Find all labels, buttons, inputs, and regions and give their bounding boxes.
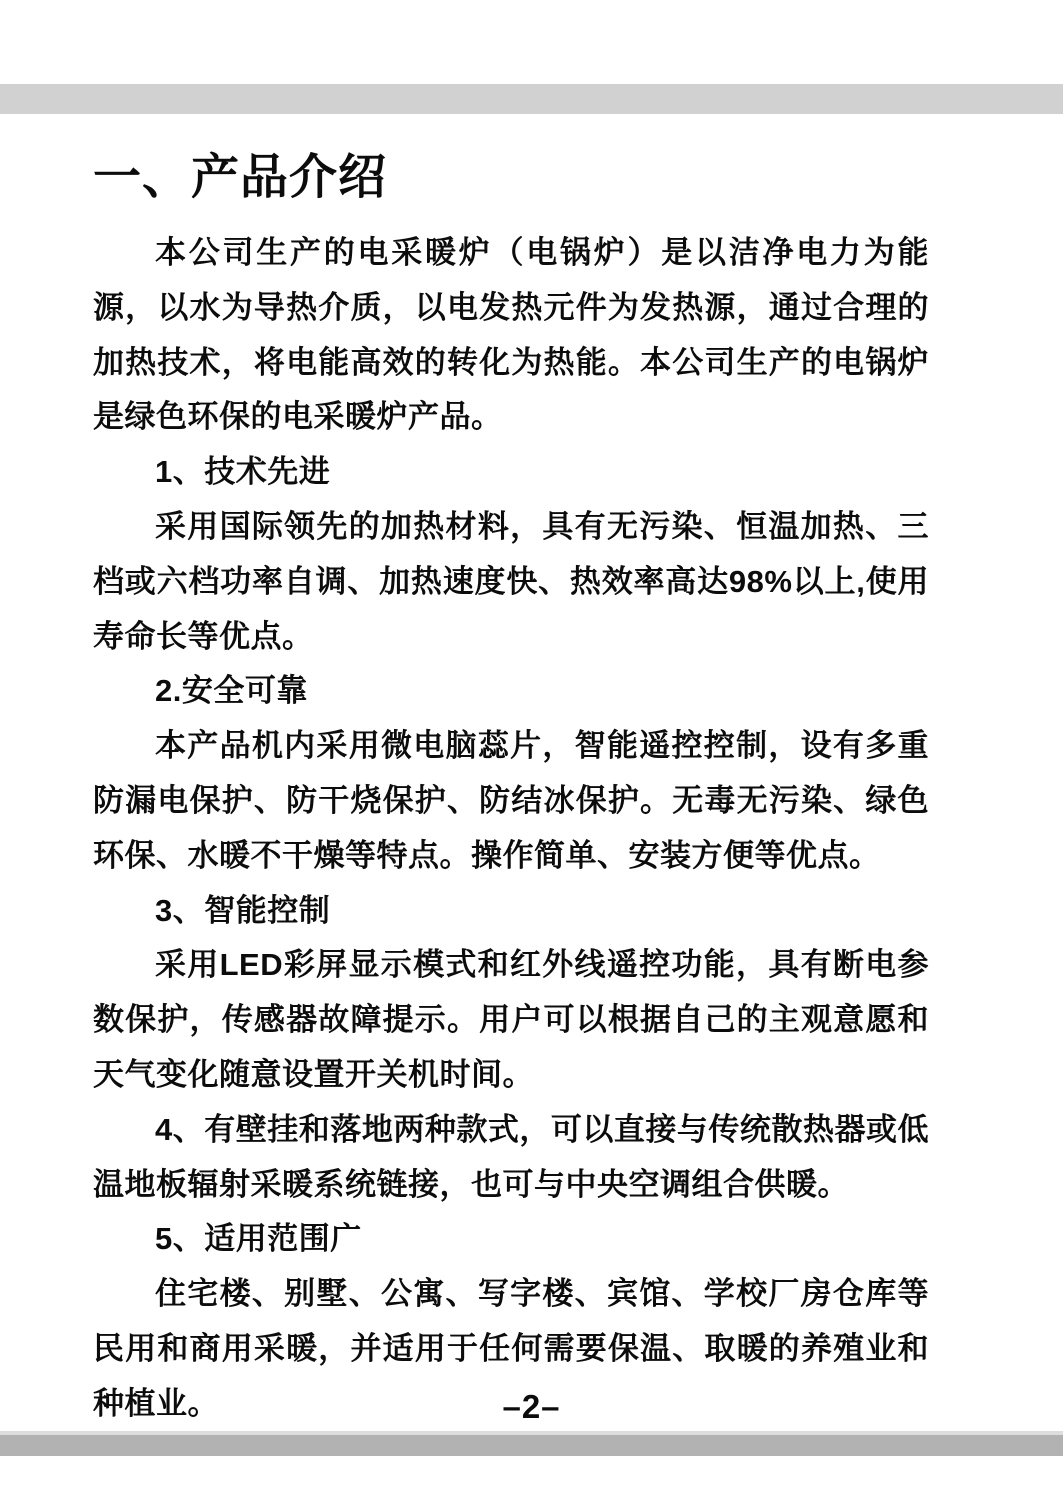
section-2-paragraph: 本产品机内采用微电脑蕊片，智能遥控控制，设有多重防漏电保护、防干烧保护、防结冰保… [93, 719, 929, 883]
page-number: –2– [0, 1388, 1063, 1426]
section-5-heading: 5、适用范围广 [93, 1212, 929, 1267]
section-2-heading: 2.安全可靠 [93, 664, 929, 719]
section-1-paragraph: 采用国际领先的加热材料，具有无污染、恒温加热、三档或六档功率自调、加热速度快、热… [93, 500, 929, 664]
page-title: 一、产品介绍 [93, 146, 929, 210]
intro-paragraph: 本公司生产的电采暖炉（电锅炉）是以洁净电力为能源，以水为导热介质，以电发热元件为… [93, 226, 929, 445]
section-3-heading: 3、智能控制 [93, 884, 929, 939]
top-divider-bar [0, 84, 1063, 114]
section-3-paragraph: 采用LED彩屏显示模式和红外线遥控功能，具有断电参数保护，传感器故障提示。用户可… [93, 938, 929, 1102]
section-4-paragraph: 4、有壁挂和落地两种款式，可以直接与传统散热器或低温地板辐射采暖系统链接，也可与… [93, 1103, 929, 1213]
bottom-divider-bar [0, 1435, 1063, 1456]
section-1-heading: 1、技术先进 [93, 445, 929, 500]
document-page: 一、产品介绍 本公司生产的电采暖炉（电锅炉）是以洁净电力为能源，以水为导热介质，… [93, 146, 929, 1432]
